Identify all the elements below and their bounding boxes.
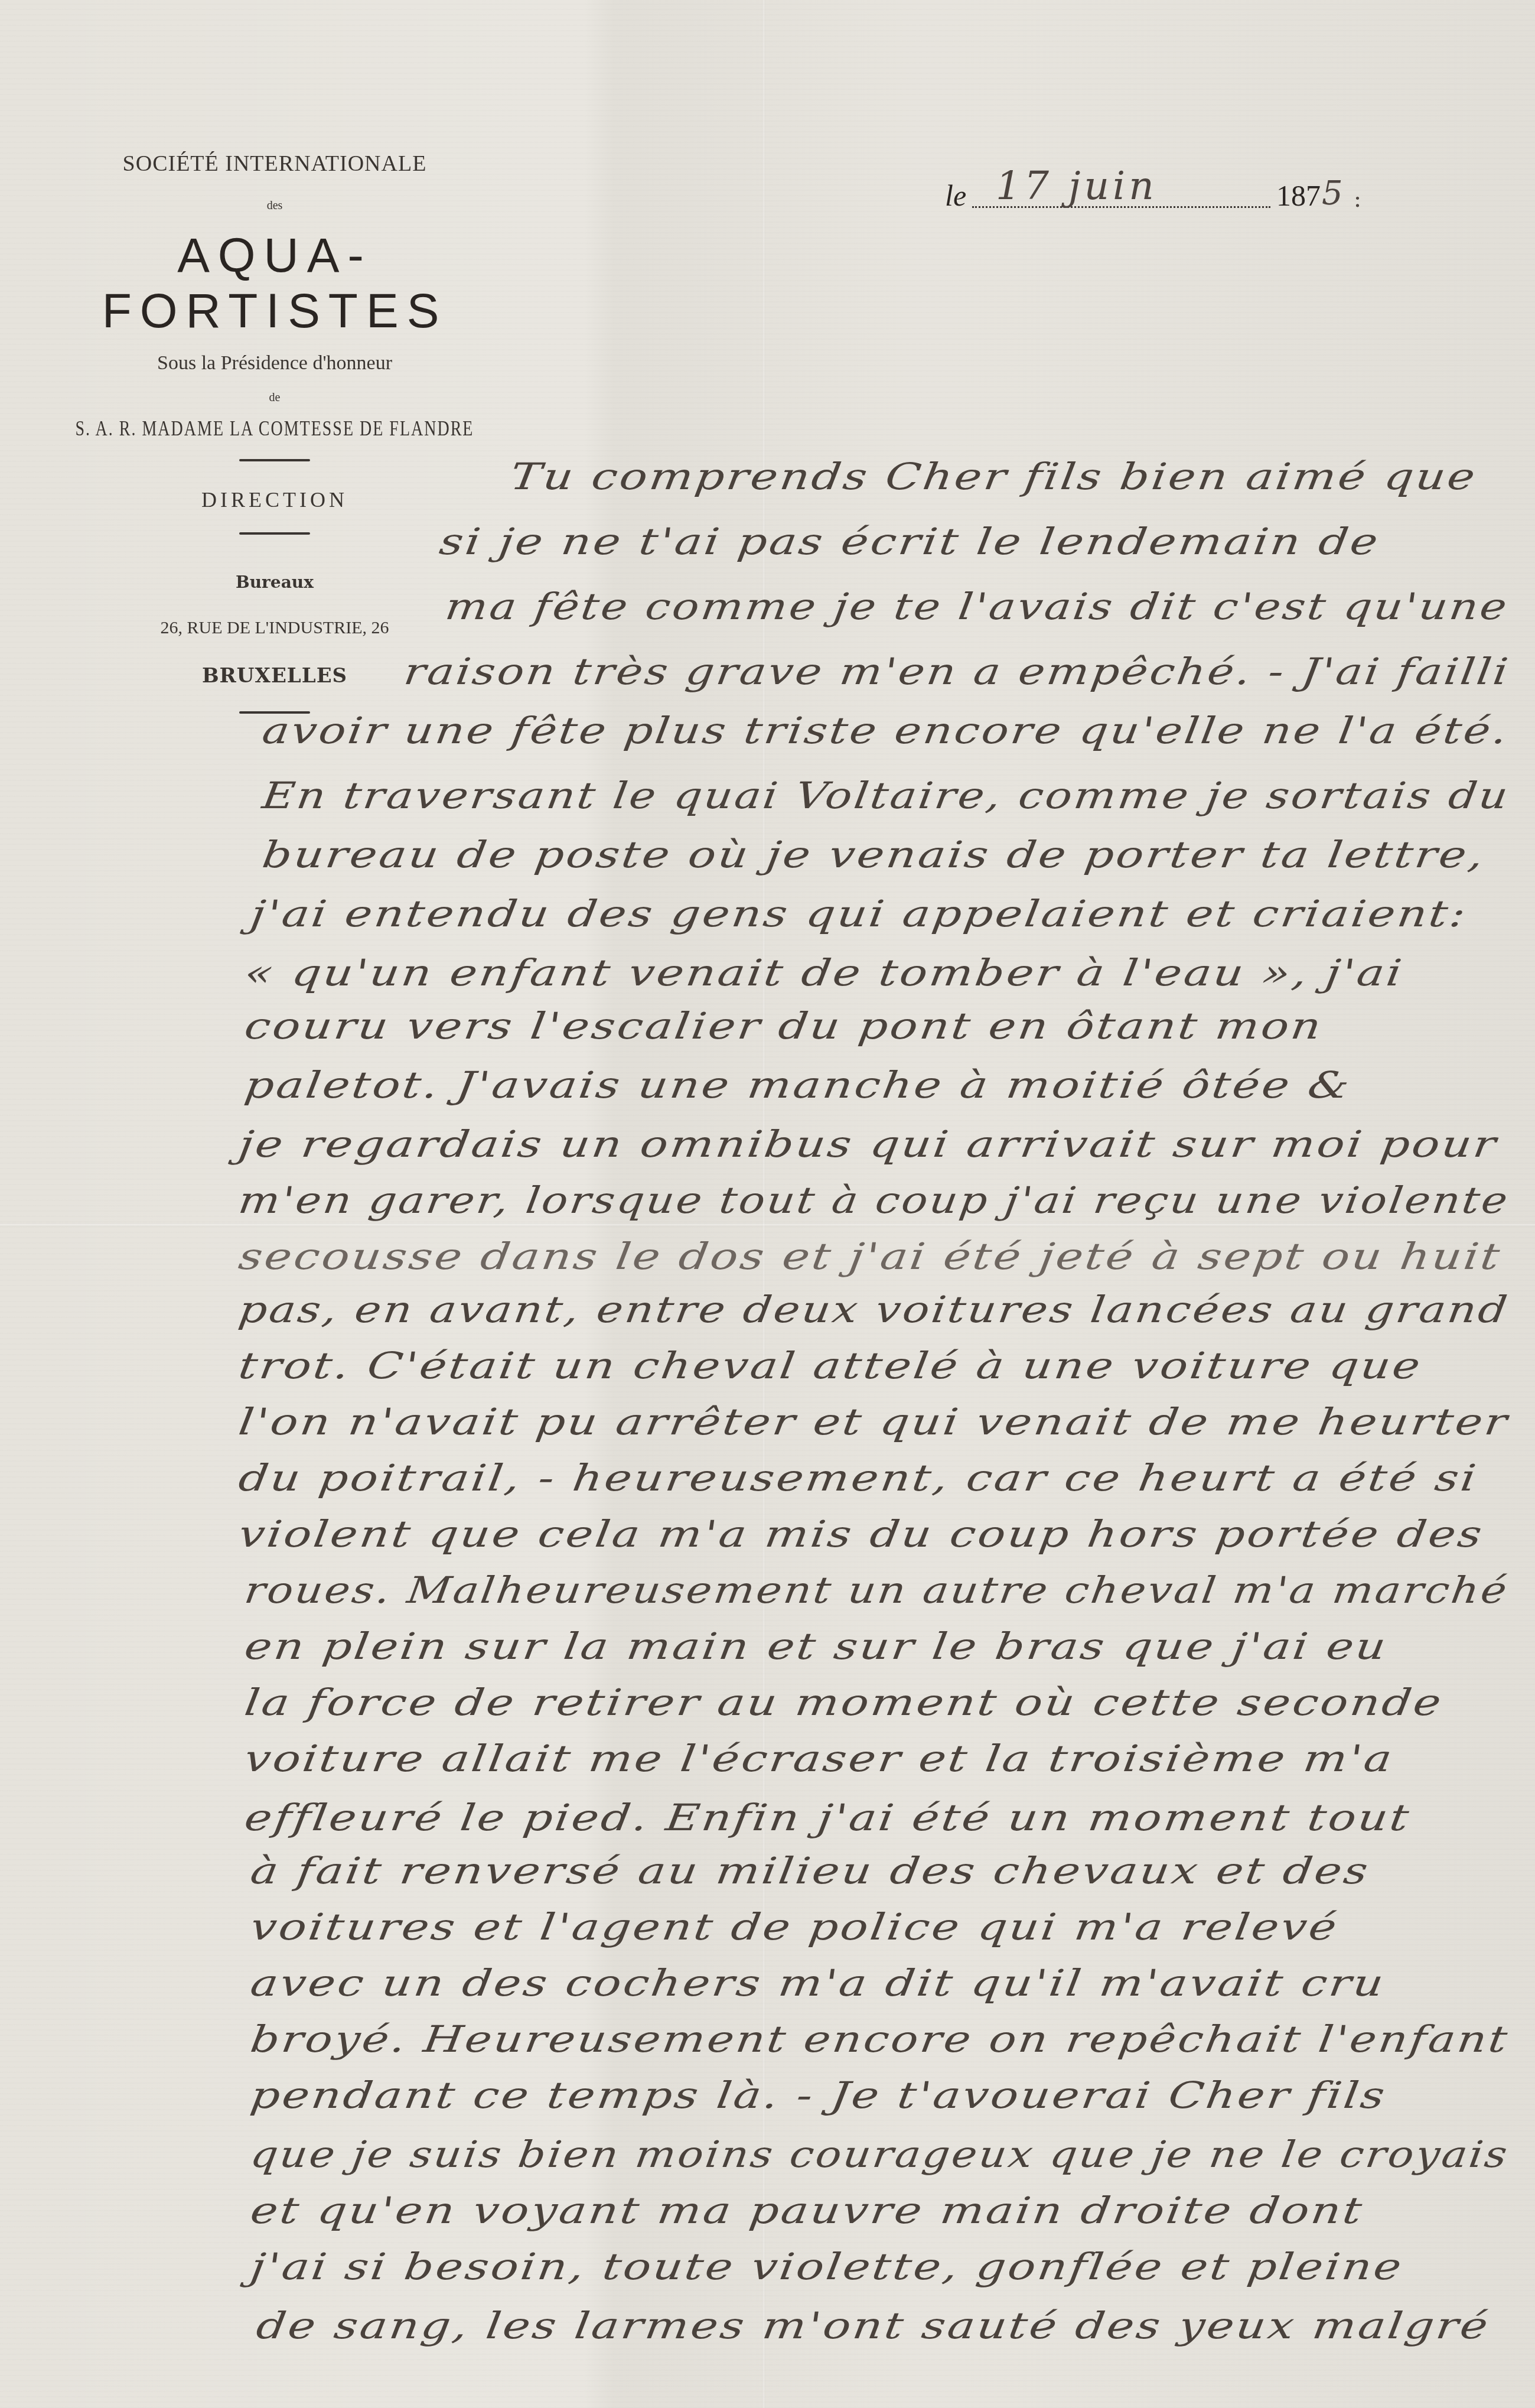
letter-line: en plein sur la main et sur le bras que …	[242, 1625, 1391, 1668]
letter-line: bureau de poste où je venais de porter t…	[260, 833, 1488, 876]
letterhead-direction: DIRECTION	[24, 487, 526, 512]
letter-line: j'ai si besoin, toute violette, gonflée …	[248, 2245, 1406, 2288]
divider	[239, 532, 310, 535]
date-suffix: :	[1354, 186, 1361, 213]
letter-line: j'ai entendu des gens qui appelaient et …	[248, 892, 1471, 935]
letter-line: la force de retirer au moment où cette s…	[242, 1681, 1446, 1724]
letterhead-de: de	[24, 391, 526, 405]
letter-line: je regardais un omnibus qui arrivait sur…	[236, 1122, 1501, 1166]
letter-line: de sang, les larmes m'ont sauté des yeux…	[254, 2304, 1493, 2347]
letter-line: broyé. Heureusement encore on repêchait …	[248, 2017, 1512, 2061]
divider	[239, 459, 310, 461]
letterhead: SOCIÉTÉ INTERNATIONALE des AQUA-FORTISTE…	[24, 151, 526, 714]
letter-line: roues. Malheureusement un autre cheval m…	[242, 1569, 1511, 1612]
letter-line: voitures et l'agent de police qui m'a re…	[248, 1905, 1342, 1948]
letter-line: « qu'un enfant venait de tomber à l'eau …	[242, 951, 1407, 994]
date-line: le 17 juin 187 5 :	[945, 148, 1361, 213]
letter-line: si je ne t'ai pas écrit le lendemain de	[437, 520, 1383, 563]
letterhead-patron: S. A. R. MADAME LA COMTESSE DE FLANDRE	[24, 418, 526, 441]
letter-line: pendant ce temps là. - Je t'avouerai Che…	[248, 2074, 1390, 2117]
letterhead-society: SOCIÉTÉ INTERNATIONALE	[24, 151, 526, 177]
date-year-printed: 187	[1276, 178, 1321, 213]
letter-line: m'en garer, lorsque tout à coup j'ai reç…	[236, 1179, 1513, 1222]
letter-line: effleuré le pied. Enfin j'ai été un mome…	[242, 1796, 1414, 1839]
letterhead-patronage: Sous la Présidence d'honneur	[24, 352, 526, 375]
date-dotted-field: 17 juin	[972, 171, 1270, 208]
letter-line: raison très grave m'en a empêché. - J'ai…	[402, 650, 1513, 693]
letter-line: avec un des cochers m'a dit qu'il m'avai…	[248, 1961, 1389, 2005]
date-prefix: le	[945, 178, 966, 213]
letter-line: violent que cela m'a mis du coup hors po…	[236, 1512, 1487, 1556]
letter-line: En traversant le quai Voltaire, comme je…	[260, 774, 1513, 817]
paper-fold-horizontal	[0, 1223, 1535, 1226]
letter-line: ma fête comme je te l'avais dit c'est qu…	[443, 585, 1512, 628]
letter-line: du poitrail, - heureusement, car ce heur…	[236, 1456, 1481, 1499]
letter-line: avoir une fête plus triste encore qu'ell…	[260, 709, 1512, 752]
letter-line: l'on n'avait pu arrêter et qui venait de…	[236, 1400, 1512, 1443]
letter-line: et qu'en voyant ma pauvre main droite do…	[248, 2189, 1367, 2232]
letter-line: pas, en avant, entre deux voitures lancé…	[236, 1288, 1512, 1331]
letter-line: couru vers l'escalier du pont en ôtant m…	[242, 1004, 1326, 1047]
letter-line: trot. C'était un cheval attelé à une voi…	[236, 1344, 1425, 1387]
date-handwritten: 17 juin	[996, 163, 1158, 209]
letter-line: que je suis bien moins courageux que je …	[248, 2133, 1512, 2176]
letter-line: voiture allait me l'écraser et la troisi…	[242, 1737, 1397, 1780]
letterhead-des: des	[24, 199, 526, 213]
date-year-handwritten: 5	[1322, 174, 1343, 213]
letter-line: à fait renversé au milieu des chevaux et…	[248, 1849, 1373, 1892]
letter-line: Tu comprends Cher fils bien aimé que	[508, 455, 1480, 498]
letter-line: secousse dans le dos et j'ai été jeté à …	[236, 1235, 1505, 1278]
letter-line: paletot. J'avais une manche à moitié ôté…	[242, 1063, 1354, 1107]
letterhead-title: AQUA-FORTISTES	[24, 228, 526, 339]
letter-page: SOCIÉTÉ INTERNATIONALE des AQUA-FORTISTE…	[0, 0, 1535, 2408]
